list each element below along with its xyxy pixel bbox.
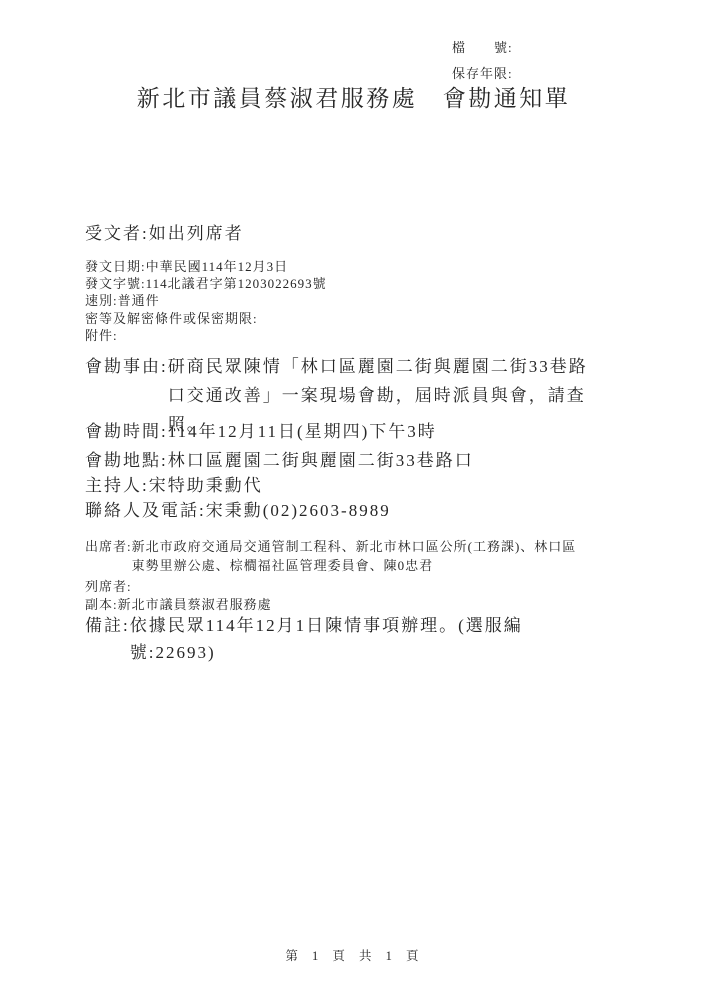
- attendees-value: 新北市政府交通局交通管制工程科、新北市林口區公所(工務課)、林口區東勢里辦公處、…: [132, 537, 587, 575]
- doc-number-row: 發文字號: 114北議君字第1203022693號: [85, 275, 327, 292]
- host-row: 主持人: 宋特助秉勳代: [85, 471, 263, 496]
- notes-label: 備註:: [85, 612, 130, 639]
- location-label: 會勘地點:: [85, 446, 168, 471]
- recipient-value: 如出列席者: [149, 219, 244, 244]
- attendees-label: 出席者:: [85, 537, 132, 556]
- issue-date-row: 發文日期: 中華民國114年12月3日: [85, 258, 327, 275]
- time-label: 會勘時間:: [85, 417, 168, 442]
- speed-row: 速別: 普通件: [85, 292, 327, 309]
- location-row: 會勘地點: 林口區麗園二街與麗園二街33巷路口: [85, 446, 474, 471]
- speed-value: 普通件: [118, 292, 160, 309]
- recipient-label: 受文者:: [85, 219, 149, 244]
- doc-number-value: 114北議君字第1203022693號: [146, 275, 327, 292]
- observers-row: 列席者:: [85, 576, 132, 595]
- issue-date-value: 中華民國114年12月3日: [146, 258, 289, 275]
- meta-block: 發文日期: 中華民國114年12月3日 發文字號: 114北議君字第120302…: [85, 258, 327, 344]
- observers-label: 列席者:: [85, 576, 132, 595]
- attachment-row: 附件:: [85, 327, 327, 344]
- issue-date-label: 發文日期:: [85, 258, 146, 275]
- document-page: 檔 號: 保存年限: 新北市議員蔡淑君服務處 會勘通知單 受文者: 如出列席者 …: [0, 0, 707, 1000]
- cc-value: 新北市議員蔡淑君服務處: [118, 594, 272, 613]
- security-label: 密等及解密條件或保密期限:: [85, 310, 258, 327]
- cc-row: 副本: 新北市議員蔡淑君服務處: [85, 594, 272, 613]
- time-row: 會勘時間: 114年12月11日(星期四)下午3時: [85, 417, 437, 442]
- notes-value: 依據民眾114年12月1日陳情事項辦理。(選服編號:22693): [130, 612, 532, 666]
- subject-label: 會勘事由:: [85, 352, 168, 381]
- time-value: 114年12月11日(星期四)下午3時: [168, 417, 437, 442]
- contact-label: 聯絡人及電話:: [85, 496, 206, 521]
- host-value: 宋特助秉勳代: [149, 471, 263, 496]
- file-number-label: 檔 號:: [452, 37, 513, 56]
- contact-value: 宋秉勳(02)2603-8989: [206, 496, 391, 521]
- page-footer: 第 1 頁 共 1 頁: [0, 946, 707, 964]
- host-label: 主持人:: [85, 471, 149, 496]
- doc-number-label: 發文字號:: [85, 275, 146, 292]
- document-title: 新北市議員蔡淑君服務處 會勘通知單: [0, 80, 707, 113]
- speed-label: 速別:: [85, 292, 118, 309]
- cc-label: 副本:: [85, 594, 118, 613]
- location-value: 林口區麗園二街與麗園二街33巷路口: [168, 446, 474, 471]
- notes-row: 備註: 依據民眾114年12月1日陳情事項辦理。(選服編號:22693): [85, 612, 532, 666]
- attachment-label: 附件:: [85, 327, 118, 344]
- recipient-line: 受文者: 如出列席者: [85, 219, 244, 244]
- attendees-row: 出席者: 新北市政府交通局交通管制工程科、新北市林口區公所(工務課)、林口區東勢…: [85, 537, 587, 575]
- security-row: 密等及解密條件或保密期限:: [85, 310, 327, 327]
- contact-row: 聯絡人及電話: 宋秉勳(02)2603-8989: [85, 496, 391, 521]
